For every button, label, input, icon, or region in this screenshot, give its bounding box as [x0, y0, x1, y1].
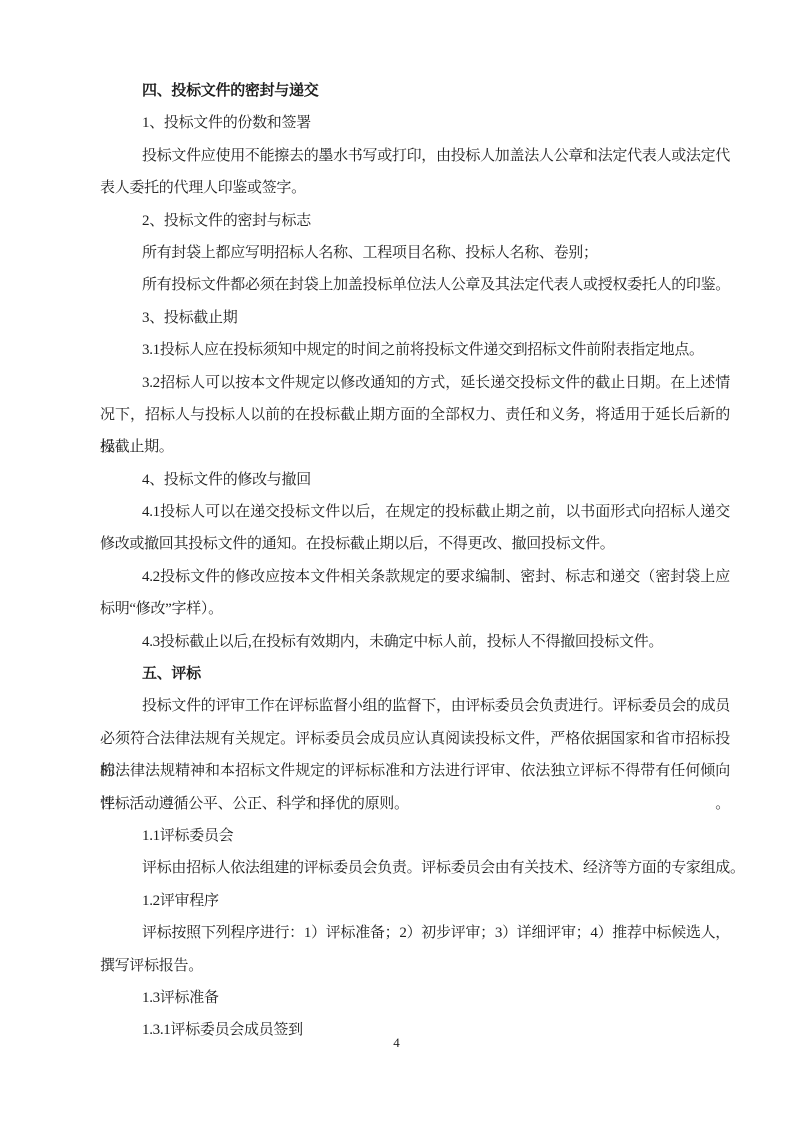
- document-line: 所有投标文件都必须在封袋上加盖投标单位法人公章及其法定代表人或授权委托人的印鉴。: [100, 269, 730, 301]
- page-number: 4: [393, 1035, 400, 1050]
- document-body: 四、投标文件的密封与递交1、投标文件的份数和签署投标文件应使用不能擦去的墨水书写…: [100, 75, 730, 1047]
- document-line: 3、投标截止期: [100, 302, 730, 334]
- document-line: 2、投标文件的密封与标志: [100, 205, 730, 237]
- document-line: 4.1投标人可以在递交投标文件以后，在规定的投标截止期之前，以书面形式向招标人递…: [100, 496, 730, 528]
- document-line: 所有封袋上都应写明招标人名称、工程项目名称、投标人名称、卷别；: [100, 237, 730, 269]
- document-line: 标截止期。: [100, 431, 730, 463]
- document-line: 修改或撤回其投标文件的通知。在投标截止期以后，不得更改、撤回投标文件。: [100, 528, 730, 560]
- document-line: 的法律法规精神和本招标文件规定的评标标准和方法进行评审、依法独立评标不得带有任何…: [100, 755, 730, 787]
- document-line: 投标文件的评审工作在评标监督小组的监督下，由评标委员会负责进行。评标委员会的成员: [100, 690, 730, 722]
- document-line: 必须符合法律法规有关规定。评标委员会成员应认真阅读投标文件，严格依据国家和省市招…: [100, 723, 730, 755]
- document-line: 投标文件应使用不能擦去的墨水书写或打印，由投标人加盖法人公章和法定代表人或法定代: [100, 140, 730, 172]
- document-line: 1.2评审程序: [100, 885, 730, 917]
- document-line: 评标按照下列程序进行：1）评标准备；2）初步评审；3）详细评审；4）推荐中标候选…: [100, 917, 730, 949]
- document-line: 表人委托的代理人印鉴或签字。: [100, 172, 730, 204]
- document-line: 标明“修改”字样）。: [100, 593, 730, 625]
- section-heading: 四、投标文件的密封与递交: [100, 75, 730, 107]
- document-line: 4.2投标文件的修改应按本文件相关条款规定的要求编制、密封、标志和递交（密封袋上…: [100, 561, 730, 593]
- document-line: 撰写评标报告。: [100, 950, 730, 982]
- page-footer: 4: [0, 1034, 793, 1052]
- document-line: 3.1投标人应在投标须知中规定的时间之前将投标文件递交到招标文件前附表指定地点。: [100, 334, 730, 366]
- document-line: 1、投标文件的份数和签署: [100, 107, 730, 139]
- document-line: 评标由招标人依法组建的评标委员会负责。评标委员会由有关技术、经济等方面的专家组成…: [100, 852, 730, 884]
- document-line: 况下，招标人与投标人以前的在投标截止期方面的全部权力、责任和义务，将适用于延长后…: [100, 399, 730, 431]
- document-line: 3.2招标人可以按本文件规定以修改通知的方式，延长递交投标文件的截止日期。在上述…: [100, 367, 730, 399]
- document-line: 4、投标文件的修改与撤回: [100, 464, 730, 496]
- document-line: 1.3评标准备: [100, 982, 730, 1014]
- document-page: 四、投标文件的密封与递交1、投标文件的份数和签署投标文件应使用不能擦去的墨水书写…: [0, 0, 793, 1122]
- document-line: 1.1评标委员会: [100, 820, 730, 852]
- document-line: 4.3投标截止以后,在投标有效期内，未确定中标人前，投标人不得撤回投标文件。: [100, 626, 730, 658]
- section-heading: 五、评标: [100, 658, 730, 690]
